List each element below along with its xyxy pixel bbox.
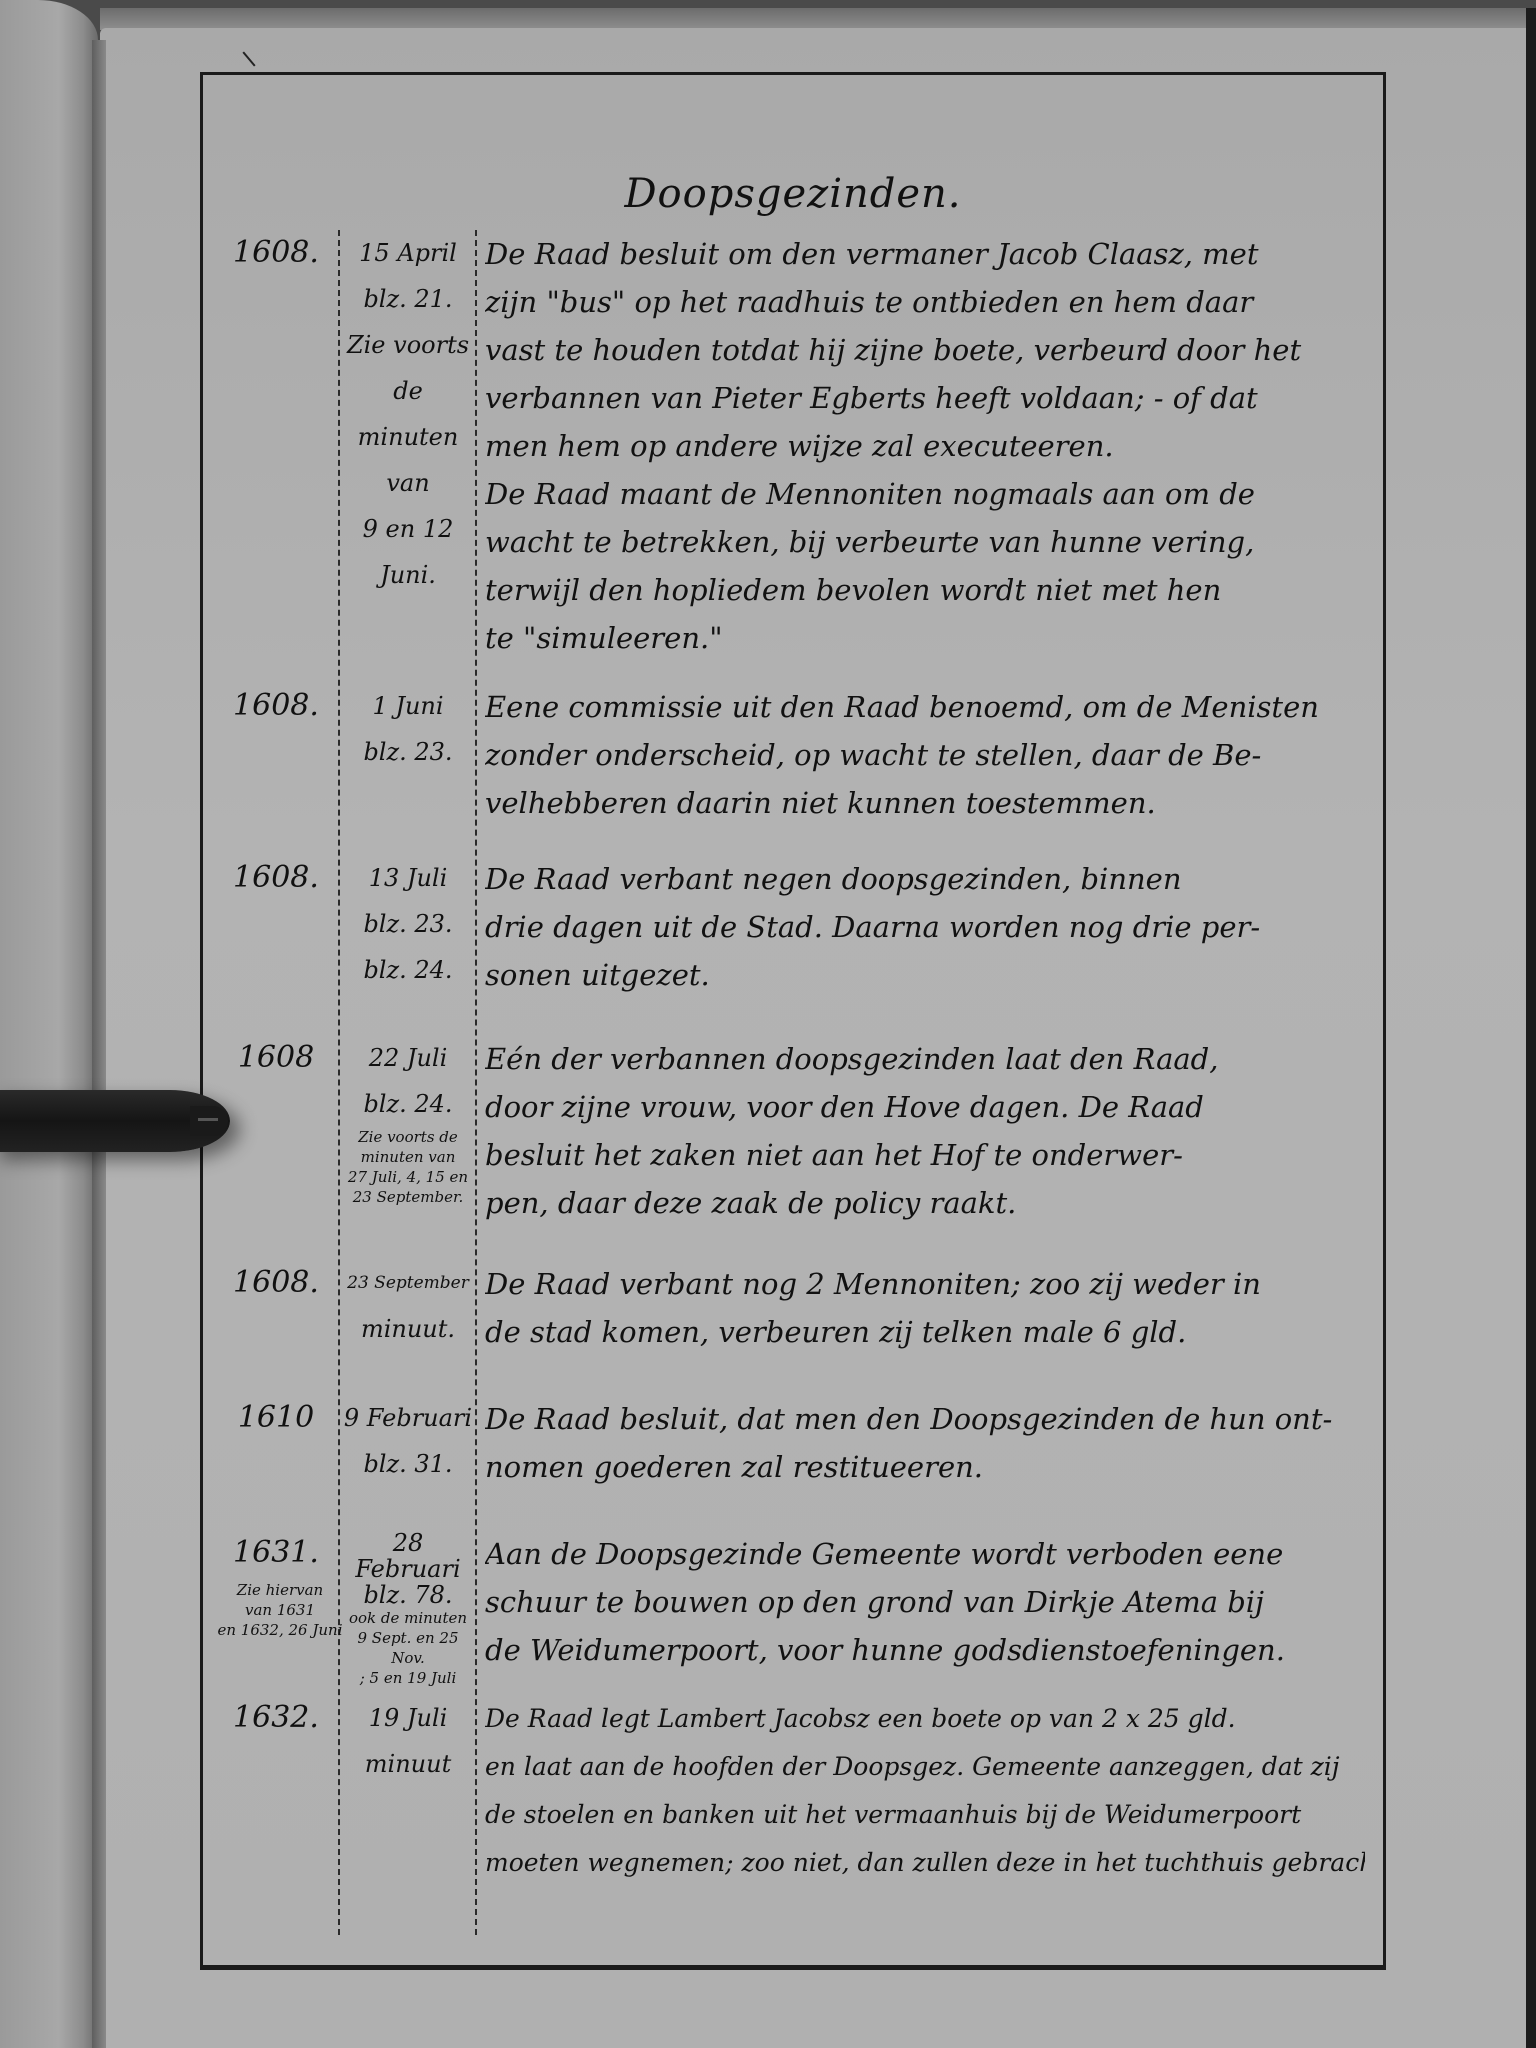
text-line: De Raad besluit, dat men den Doopsgezind… xyxy=(485,1395,1365,1443)
text-line: moeten wegnemen; zoo niet, dan zullen de… xyxy=(485,1839,1365,1887)
text-line: Eén der verbannen doopsgezinden laat den… xyxy=(485,1035,1365,1083)
text-line: vast te houden totdat hij zijne boete, v… xyxy=(485,326,1365,374)
date-note: ; 5 en 19 Juli xyxy=(343,1668,473,1688)
date-note: Zie voorts de xyxy=(343,1127,473,1147)
entry-text: De Raad verbant nog 2 Mennoniten; zoo zi… xyxy=(485,1260,1365,1356)
entry-date: 13 Juli blz. 23. blz. 24. xyxy=(343,855,473,993)
entry-text: Eén der verbannen doopsgezinden laat den… xyxy=(485,1035,1365,1227)
entry-year: 1608. xyxy=(217,1260,335,1306)
text-line: De Raad verbant nog 2 Mennoniten; zoo zi… xyxy=(485,1260,1365,1308)
text-line: pen, daar deze zaak de policy raakt. xyxy=(485,1179,1365,1227)
entry-date: 1 Juni blz. 23. xyxy=(343,683,473,775)
entry-date: 19 Juli minuut xyxy=(343,1695,473,1787)
text-line: verbannen van Pieter Egberts heeft volda… xyxy=(485,374,1365,422)
text-line: Eene commissie uit den Raad benoemd, om … xyxy=(485,683,1365,731)
text-line: De Raad legt Lambert Jacobsz een boete o… xyxy=(485,1695,1365,1743)
date-line: 1 Juni xyxy=(343,683,473,729)
text-line: door zijne vrouw, voor den Hove dagen. D… xyxy=(485,1083,1365,1131)
date-line: 15 April xyxy=(343,230,473,276)
text-line: de Weidumerpoort, voor hunne godsdiensto… xyxy=(485,1626,1365,1674)
date-line: Zie voorts xyxy=(343,322,473,368)
date-line: 22 Juli xyxy=(343,1035,473,1081)
text-line: De Raad besluit om den vermaner Jacob Cl… xyxy=(485,230,1365,278)
date-line: minuut. xyxy=(343,1306,473,1352)
text-line: zonder onderscheid, op wacht te stellen,… xyxy=(485,731,1365,779)
date-line: 9 en 12 xyxy=(343,506,473,552)
entry-text: Eene commissie uit den Raad benoemd, om … xyxy=(485,683,1365,827)
ledger-frame: Doopsgezinden. 1608. 15 April blz. 21. Z… xyxy=(200,72,1386,1970)
text-line: velhebberen daarin niet kunnen toestemme… xyxy=(485,779,1365,827)
year-note-line: en 1632, 26 Juni xyxy=(205,1620,355,1640)
date-line: blz. 24. xyxy=(343,1081,473,1127)
date-note: 9 Sept. en 25 Nov. xyxy=(343,1628,473,1668)
entry-year: 1631. xyxy=(217,1530,335,1576)
date-note: 23 September. xyxy=(343,1187,473,1207)
year-note-line: van 1631 xyxy=(205,1600,355,1620)
year-note-line: Zie hiervan xyxy=(205,1580,355,1600)
date-line: blz. 23. xyxy=(343,901,473,947)
date-line: 13 Juli xyxy=(343,855,473,901)
date-line: blz. 24. xyxy=(343,947,473,993)
entry-text: Aan de Doopsgezinde Gemeente wordt verbo… xyxy=(485,1530,1365,1674)
entry-year: 1608. xyxy=(217,855,335,901)
text-line: schuur te bouwen op den grond van Dirkje… xyxy=(485,1578,1365,1626)
text-line: De Raad maant de Mennoniten nogmaals aan… xyxy=(485,470,1365,518)
entry-text: De Raad besluit om den vermaner Jacob Cl… xyxy=(485,230,1365,662)
year-column-divider xyxy=(338,230,340,1935)
entry-year: 1608. xyxy=(217,683,335,729)
pen-tip xyxy=(190,1106,228,1136)
entry-date: 23 September minuut. xyxy=(343,1260,473,1352)
page-top-shadow xyxy=(100,8,1536,30)
date-line: 9 Februari xyxy=(343,1395,473,1441)
text-line: de stad komen, verbeuren zij telken male… xyxy=(485,1308,1365,1356)
text-line: men hem op andere wijze zal executeeren. xyxy=(485,422,1365,470)
entry-year: 1608 xyxy=(217,1035,335,1081)
text-line: sonen uitgezet. xyxy=(485,951,1365,999)
entry-date: 28 Februari blz. 78. ook de minuten 9 Se… xyxy=(343,1530,473,1688)
text-line: en laat aan de hoofden der Doopsgez. Gem… xyxy=(485,1743,1365,1791)
text-line: De Raad verbant negen doopsgezinden, bin… xyxy=(485,855,1365,903)
text-line: zijn "bus" op het raadhuis te ontbieden … xyxy=(485,278,1365,326)
entry-text: De Raad verbant negen doopsgezinden, bin… xyxy=(485,855,1365,999)
page-title: Doopsgezinden. xyxy=(203,171,1383,217)
entry-year: 1608. xyxy=(217,230,335,276)
date-line: minuut xyxy=(343,1741,473,1787)
date-line: van xyxy=(343,460,473,506)
date-note: 27 Juli, 4, 15 en xyxy=(343,1167,473,1187)
entry-date: 22 Juli blz. 24. Zie voorts de minuten v… xyxy=(343,1035,473,1207)
text-line: terwijl den hopliedem bevolen wordt niet… xyxy=(485,566,1365,614)
date-line: blz. 78. xyxy=(343,1582,473,1608)
text-line: wacht te betrekken, bij verbeurte van hu… xyxy=(485,518,1365,566)
entry-year: 1632. xyxy=(217,1695,335,1741)
date-line: 28 Februari xyxy=(343,1530,473,1582)
book-right-edge xyxy=(1526,8,1536,2048)
date-line: blz. 23. xyxy=(343,729,473,775)
text-line: drie dagen uit de Stad. Daarna worden no… xyxy=(485,903,1365,951)
text-line: de stoelen en banken uit het vermaanhuis… xyxy=(485,1791,1365,1839)
entry-text: De Raad legt Lambert Jacobsz een boete o… xyxy=(485,1695,1365,1887)
date-line: 23 September xyxy=(343,1260,473,1306)
date-line: blz. 21. xyxy=(343,276,473,322)
date-line: de xyxy=(343,368,473,414)
entry-date: 9 Februari blz. 31. xyxy=(343,1395,473,1487)
entry-date: 15 April blz. 21. Zie voorts de minuten … xyxy=(343,230,473,598)
text-line: besluit het zaken niet aan het Hof te on… xyxy=(485,1131,1365,1179)
entry-year: 1610 xyxy=(217,1395,335,1441)
year-note: Zie hiervan van 1631 en 1632, 26 Juni xyxy=(205,1580,355,1640)
text-line: Aan de Doopsgezinde Gemeente wordt verbo… xyxy=(485,1530,1365,1578)
entry-text: De Raad besluit, dat men den Doopsgezind… xyxy=(485,1395,1365,1491)
previous-page xyxy=(0,0,98,2048)
date-line: blz. 31. xyxy=(343,1441,473,1487)
date-line: Juni. xyxy=(343,552,473,598)
date-note: ook de minuten xyxy=(343,1608,473,1628)
date-note: minuten van xyxy=(343,1147,473,1167)
text-line: nomen goederen zal restitueeren. xyxy=(485,1443,1365,1491)
date-column-divider xyxy=(475,230,477,1935)
date-line: minuten xyxy=(343,414,473,460)
book-gutter xyxy=(92,40,106,2048)
date-line: 19 Juli xyxy=(343,1695,473,1741)
text-line: te "simuleeren." xyxy=(485,614,1365,662)
